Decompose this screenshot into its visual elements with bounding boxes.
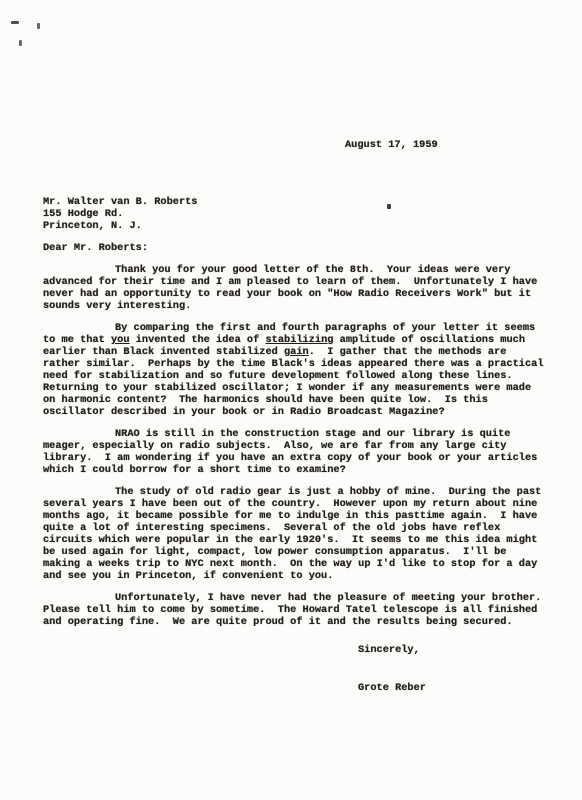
letter-paragraph: NRAO is still in the construction stage … bbox=[43, 428, 544, 476]
recipient-street: 155 Hodge Rd. bbox=[43, 208, 544, 220]
closing: Sincerely, bbox=[358, 644, 544, 656]
scan-artifact bbox=[11, 21, 19, 24]
letter-page: August 17, 1959 Mr. Walter van B. Robert… bbox=[0, 0, 582, 800]
text-segment: NRAO is still in the construction stage … bbox=[43, 428, 544, 476]
letter-content: Mr. Walter van B. Roberts 155 Hodge Rd. … bbox=[43, 196, 544, 694]
underlined-text: you bbox=[111, 334, 130, 346]
scan-artifact bbox=[37, 23, 40, 29]
signature: Grote Reber bbox=[358, 682, 544, 694]
letter-paragraph: The study of old radio gear is just a ho… bbox=[43, 486, 544, 582]
scan-artifact bbox=[19, 40, 22, 46]
letter-paragraph: Thank you for your good letter of the 8t… bbox=[43, 264, 544, 312]
letter-date: August 17, 1959 bbox=[345, 139, 438, 151]
recipient-name: Mr. Walter van B. Roberts bbox=[43, 196, 544, 208]
underlined-text: stabilizing bbox=[265, 334, 333, 346]
salutation: Dear Mr. Roberts: bbox=[43, 242, 544, 254]
text-segment: Thank you for your good letter of the 8t… bbox=[43, 264, 544, 312]
text-segment: Unfortunately, I have never had the plea… bbox=[43, 592, 554, 628]
recipient-address: Mr. Walter van B. Roberts 155 Hodge Rd. … bbox=[43, 196, 544, 232]
letter-paragraph: By comparing the first and fourth paragr… bbox=[43, 322, 544, 418]
letter-paragraph: Unfortunately, I have never had the plea… bbox=[43, 592, 544, 628]
recipient-city: Princeton, N. J. bbox=[43, 220, 544, 232]
underlined-text: gain bbox=[284, 346, 309, 358]
text-segment: invented the idea of bbox=[130, 334, 266, 346]
letter-body: Thank you for your good letter of the 8t… bbox=[43, 264, 544, 628]
text-segment: The study of old radio gear is just a ho… bbox=[43, 486, 548, 582]
